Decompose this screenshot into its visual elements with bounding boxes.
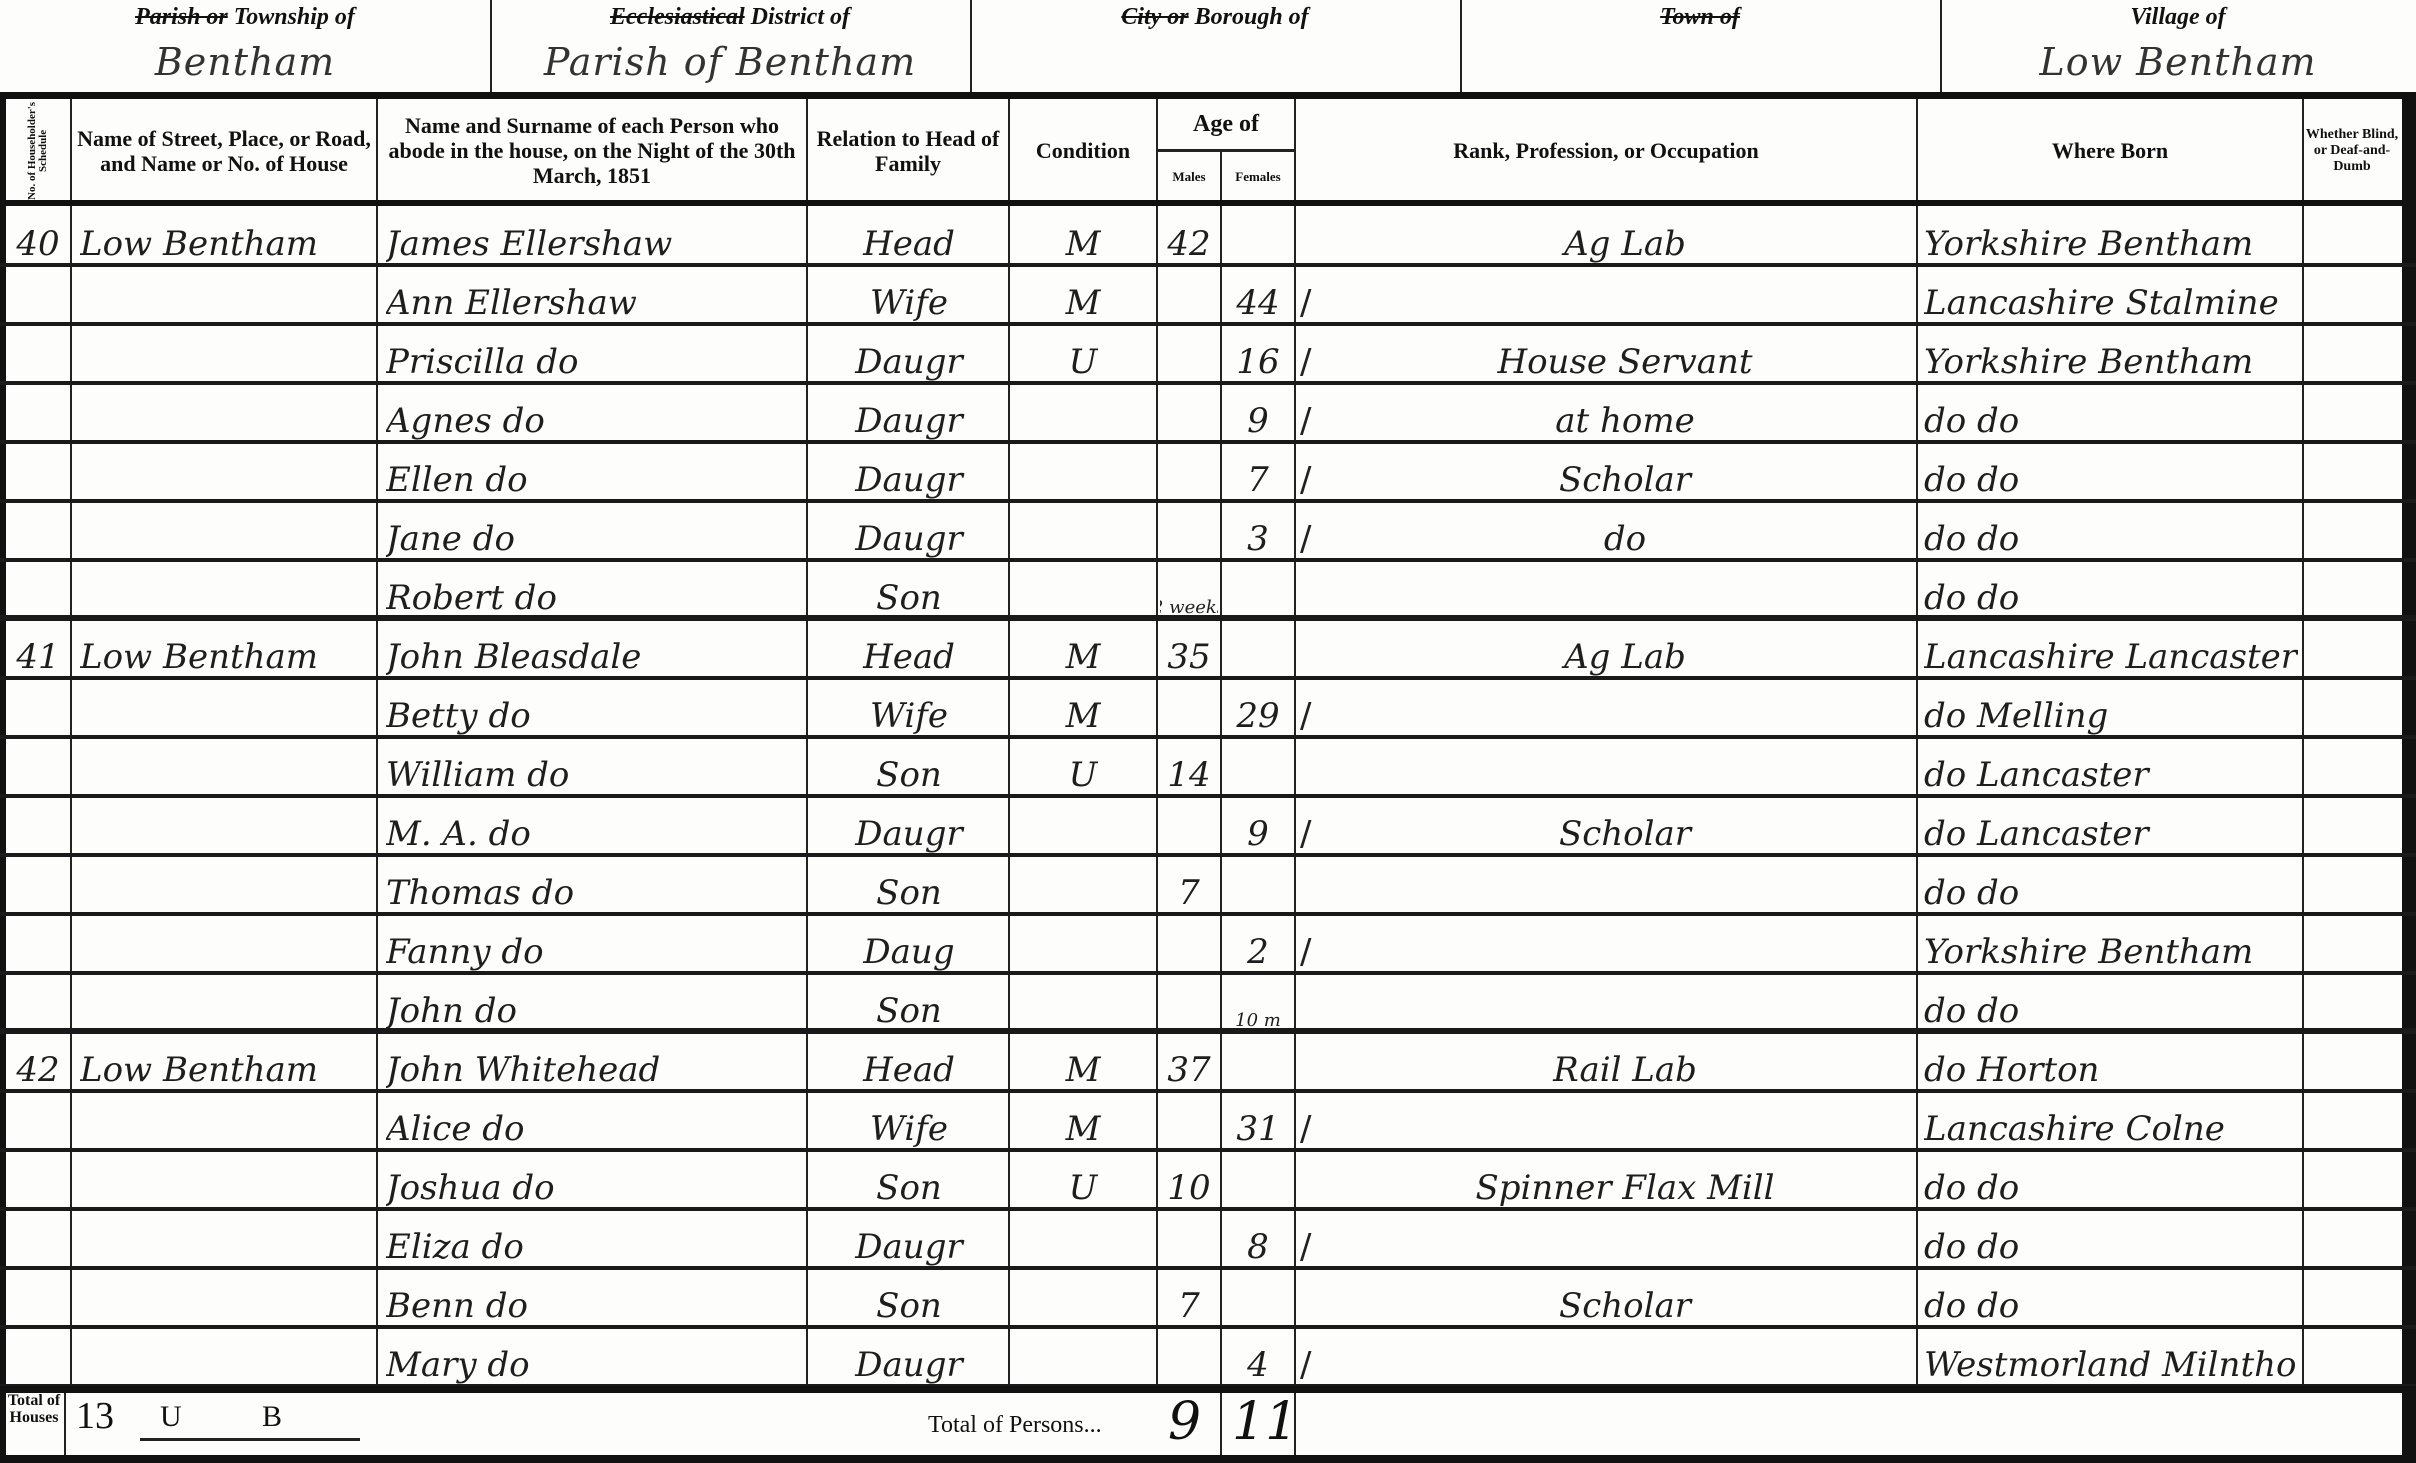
cell-born: do do bbox=[1924, 1211, 2298, 1273]
cell-schedule bbox=[8, 739, 68, 801]
cell-occupation bbox=[1340, 1329, 1910, 1391]
cell-tick: / bbox=[1300, 326, 1330, 388]
table-row: Benn doSon7Scholardo do bbox=[0, 1270, 2416, 1329]
header-females: Females bbox=[1222, 152, 1296, 202]
cell-females bbox=[1224, 1270, 1292, 1332]
cell-males bbox=[1160, 1329, 1218, 1391]
cell-tick bbox=[1300, 1034, 1330, 1096]
cell-females bbox=[1224, 1034, 1292, 1096]
cell-males bbox=[1160, 680, 1218, 742]
cell-males: 7 bbox=[1160, 857, 1218, 919]
table-row: John doSon10 mdo do bbox=[0, 975, 2416, 1034]
cell-females: 29 bbox=[1224, 680, 1292, 742]
cell-street bbox=[80, 857, 370, 919]
cell-schedule bbox=[8, 1093, 68, 1155]
cell-occupation bbox=[1340, 857, 1910, 919]
cell-condition bbox=[1016, 1270, 1150, 1332]
cell-males bbox=[1160, 1093, 1218, 1155]
cell-females bbox=[1224, 739, 1292, 801]
cell-name: Betty do bbox=[386, 680, 800, 742]
cell-born: do Melling bbox=[1924, 680, 2298, 742]
cell-street bbox=[80, 739, 370, 801]
table-row: Thomas doSon7do do bbox=[0, 857, 2416, 916]
cell-females: 2 bbox=[1224, 916, 1292, 978]
cell-relation: Daugr bbox=[816, 326, 1002, 388]
cell-males bbox=[1160, 503, 1218, 565]
cell-males bbox=[1160, 326, 1218, 388]
cell-name: Eliza do bbox=[386, 1211, 800, 1273]
cell-schedule bbox=[8, 503, 68, 565]
cell-condition: M bbox=[1016, 621, 1150, 683]
cell-born: Westmorland Milnthorpe bbox=[1924, 1329, 2298, 1391]
header-schedule: No. of Householder's Schedule bbox=[6, 99, 72, 202]
cell-born: Lancashire Stalmine bbox=[1924, 267, 2298, 329]
cell-schedule bbox=[8, 857, 68, 919]
table-row: William doSonU14do Lancaster bbox=[0, 739, 2416, 798]
cell-name: Mary do bbox=[386, 1329, 800, 1391]
header-occupation: Rank, Profession, or Occupation bbox=[1296, 99, 1918, 202]
table-row: Robert doSon2 weeksdo do bbox=[0, 562, 2416, 621]
cell-schedule bbox=[8, 916, 68, 978]
header-name: Name and Surname of each Person who abod… bbox=[378, 99, 808, 202]
cell-name: M. A. do bbox=[386, 798, 800, 860]
cell-schedule bbox=[8, 267, 68, 329]
total-houses-label: Total of Houses bbox=[6, 1392, 62, 1426]
cell-females: 31 bbox=[1224, 1093, 1292, 1155]
cell-males: 42 bbox=[1160, 208, 1218, 270]
cell-name: Benn do bbox=[386, 1270, 800, 1332]
cell-relation: Head bbox=[816, 1034, 1002, 1096]
cell-relation: Daugr bbox=[816, 503, 1002, 565]
cell-females bbox=[1224, 1152, 1292, 1214]
cell-occupation: Ag Lab bbox=[1340, 621, 1910, 683]
cell-name: John Bleasdale bbox=[386, 621, 800, 683]
cell-occupation: Scholar bbox=[1340, 798, 1910, 860]
cell-occupation: Rail Lab bbox=[1340, 1034, 1910, 1096]
cell-condition bbox=[1016, 385, 1150, 447]
parish-value: Bentham bbox=[0, 40, 490, 84]
cell-born: Lancashire Lancaster bbox=[1924, 621, 2298, 683]
cell-street bbox=[80, 503, 370, 565]
cell-females bbox=[1224, 857, 1292, 919]
cell-schedule bbox=[8, 798, 68, 860]
parish-cell: Parish or Township of Bentham bbox=[0, 0, 492, 92]
cell-schedule bbox=[8, 1270, 68, 1332]
cell-tick: / bbox=[1300, 798, 1330, 860]
total-persons-label: Total of Persons... bbox=[928, 1412, 1102, 1439]
cell-males bbox=[1160, 385, 1218, 447]
table-row: Ann EllershawWifeM44/Lancashire Stalmine bbox=[0, 267, 2416, 326]
ecclesiastical-value: Parish of Bentham bbox=[490, 40, 970, 84]
cell-name: Joshua do bbox=[386, 1152, 800, 1214]
cell-relation: Daugr bbox=[816, 1211, 1002, 1273]
cell-condition: M bbox=[1016, 1034, 1150, 1096]
cell-relation: Daugr bbox=[816, 1329, 1002, 1391]
cell-relation: Wife bbox=[816, 680, 1002, 742]
cell-tick bbox=[1300, 1152, 1330, 1214]
houses-underline bbox=[140, 1438, 360, 1441]
cell-tick bbox=[1300, 1270, 1330, 1332]
cell-relation: Daugr bbox=[816, 444, 1002, 506]
cell-schedule bbox=[8, 444, 68, 506]
cell-relation: Head bbox=[816, 621, 1002, 683]
cell-name: Thomas do bbox=[386, 857, 800, 919]
header-males: Males bbox=[1158, 152, 1222, 202]
cell-males bbox=[1160, 916, 1218, 978]
cell-schedule bbox=[8, 326, 68, 388]
cell-condition: M bbox=[1016, 1093, 1150, 1155]
cell-street bbox=[80, 916, 370, 978]
cell-occupation bbox=[1340, 680, 1910, 742]
cell-occupation bbox=[1340, 916, 1910, 978]
cell-born: Yorkshire Bentham bbox=[1924, 326, 2298, 388]
cell-relation: Daug bbox=[816, 916, 1002, 978]
cell-tick: / bbox=[1300, 1329, 1330, 1391]
cell-males: 35 bbox=[1160, 621, 1218, 683]
cell-born: do Lancaster bbox=[1924, 739, 2298, 801]
cell-schedule bbox=[8, 1211, 68, 1273]
header-blind-deaf: Whether Blind, or Deaf-and-Dumb bbox=[2304, 99, 2400, 202]
header-relation: Relation to Head of Family bbox=[808, 99, 1010, 202]
cell-males: 10 bbox=[1160, 1152, 1218, 1214]
table-row: Jane doDaugr3/dodo do bbox=[0, 503, 2416, 562]
totals-rule bbox=[0, 1386, 2416, 1393]
cell-condition: M bbox=[1016, 267, 1150, 329]
cell-schedule: 40 bbox=[8, 208, 68, 270]
cell-females bbox=[1224, 208, 1292, 270]
table-row: Alice doWifeM31/Lancashire Colne bbox=[0, 1093, 2416, 1152]
total-females: 11 bbox=[1232, 1392, 1298, 1452]
cell-relation: Head bbox=[816, 208, 1002, 270]
cell-occupation bbox=[1340, 267, 1910, 329]
cell-females: 7 bbox=[1224, 444, 1292, 506]
header-street: Name of Street, Place, or Road, and Name… bbox=[72, 99, 378, 202]
cell-relation: Wife bbox=[816, 267, 1002, 329]
cell-born: do do bbox=[1924, 444, 2298, 506]
cell-born: Yorkshire Bentham bbox=[1924, 916, 2298, 978]
table-row: Eliza doDaugr8/do do bbox=[0, 1211, 2416, 1270]
houses-uninhabited-label: U bbox=[160, 1400, 182, 1434]
cell-condition bbox=[1016, 503, 1150, 565]
cell-born: do Lancaster bbox=[1924, 798, 2298, 860]
cell-occupation: Ag Lab bbox=[1340, 208, 1910, 270]
cell-occupation bbox=[1340, 739, 1910, 801]
cell-schedule bbox=[8, 385, 68, 447]
cell-occupation: Scholar bbox=[1340, 444, 1910, 506]
cell-tick: / bbox=[1300, 267, 1330, 329]
cell-name: Ellen do bbox=[386, 444, 800, 506]
cell-occupation: Scholar bbox=[1340, 1270, 1910, 1332]
table-row: Fanny doDaug2/Yorkshire Bentham bbox=[0, 916, 2416, 975]
city-label: City or Borough of bbox=[970, 4, 1460, 31]
table-row: 41Low BenthamJohn BleasdaleHeadM35Ag Lab… bbox=[0, 621, 2416, 680]
cell-condition bbox=[1016, 857, 1150, 919]
ecclesiastical-cell: Ecclesiastical District of Parish of Ben… bbox=[490, 0, 972, 92]
table-row: Joshua doSonU10Spinner Flax Milldo do bbox=[0, 1152, 2416, 1211]
cell-relation: Wife bbox=[816, 1093, 1002, 1155]
cell-relation: Daugr bbox=[816, 798, 1002, 860]
cell-born: Yorkshire Bentham bbox=[1924, 208, 2298, 270]
houses-building-label: B bbox=[262, 1400, 282, 1434]
cell-males: 37 bbox=[1160, 1034, 1218, 1096]
table-row: Priscilla doDaugrU16/House ServantYorksh… bbox=[0, 326, 2416, 385]
cell-relation: Son bbox=[816, 1152, 1002, 1214]
cell-females: 3 bbox=[1224, 503, 1292, 565]
cell-males: 14 bbox=[1160, 739, 1218, 801]
cell-condition bbox=[1016, 1329, 1150, 1391]
header-born: Where Born bbox=[1918, 99, 2304, 202]
cell-name: Fanny do bbox=[386, 916, 800, 978]
total-males: 9 bbox=[1168, 1392, 1201, 1452]
cell-occupation bbox=[1340, 1211, 1910, 1273]
cell-occupation: do bbox=[1340, 503, 1910, 565]
cell-born: do Horton bbox=[1924, 1034, 2298, 1096]
cell-occupation: at home bbox=[1340, 385, 1910, 447]
cell-name: Jane do bbox=[386, 503, 800, 565]
cell-males bbox=[1160, 798, 1218, 860]
header-age: Age of bbox=[1158, 99, 1296, 152]
cell-relation: Son bbox=[816, 739, 1002, 801]
table-row: 42Low BenthamJohn WhiteheadHeadM37Rail L… bbox=[0, 1034, 2416, 1093]
cell-street bbox=[80, 680, 370, 742]
cell-born: do do bbox=[1924, 503, 2298, 565]
cell-street: Low Bentham bbox=[80, 208, 370, 270]
town-label: Town of bbox=[1460, 4, 1940, 31]
header-rule bbox=[0, 200, 2416, 206]
cell-street bbox=[80, 798, 370, 860]
cell-condition bbox=[1016, 444, 1150, 506]
cell-condition: U bbox=[1016, 739, 1150, 801]
cell-name: James Ellershaw bbox=[386, 208, 800, 270]
parish-label: Parish or Township of bbox=[0, 4, 490, 31]
cell-condition bbox=[1016, 798, 1150, 860]
table-row: 40Low BenthamJames EllershawHeadM42Ag La… bbox=[0, 208, 2416, 267]
cell-tick: / bbox=[1300, 444, 1330, 506]
cell-occupation bbox=[1340, 1093, 1910, 1155]
cell-born: do do bbox=[1924, 385, 2298, 447]
cell-relation: Son bbox=[816, 1270, 1002, 1332]
cell-name: Agnes do bbox=[386, 385, 800, 447]
cell-condition bbox=[1016, 1211, 1150, 1273]
cell-street bbox=[80, 1270, 370, 1332]
houses-inhabited: 13 bbox=[76, 1394, 114, 1438]
cell-tick bbox=[1300, 739, 1330, 801]
table-row: M. A. doDaugr9/Scholardo Lancaster bbox=[0, 798, 2416, 857]
cell-schedule: 41 bbox=[8, 621, 68, 683]
cell-tick: / bbox=[1300, 503, 1330, 565]
column-rule bbox=[64, 1393, 66, 1455]
cell-females bbox=[1224, 621, 1292, 683]
cell-condition: M bbox=[1016, 680, 1150, 742]
cell-condition: U bbox=[1016, 326, 1150, 388]
cell-condition: M bbox=[1016, 208, 1150, 270]
cell-name: Priscilla do bbox=[386, 326, 800, 388]
cell-males bbox=[1160, 267, 1218, 329]
cell-schedule: 42 bbox=[8, 1034, 68, 1096]
cell-females: 44 bbox=[1224, 267, 1292, 329]
cell-occupation: Spinner Flax Mill bbox=[1340, 1152, 1910, 1214]
village-label: Village of bbox=[1940, 4, 2416, 31]
cell-street bbox=[80, 1093, 370, 1155]
cell-males bbox=[1160, 444, 1218, 506]
cell-tick: / bbox=[1300, 385, 1330, 447]
cell-males bbox=[1160, 1211, 1218, 1273]
census-page: Parish or Township of Bentham Ecclesiast… bbox=[0, 0, 2416, 1463]
cell-relation: Daugr bbox=[816, 385, 1002, 447]
cell-relation: Son bbox=[816, 857, 1002, 919]
cell-name: John Whitehead bbox=[386, 1034, 800, 1096]
cell-tick: / bbox=[1300, 1093, 1330, 1155]
cell-condition: U bbox=[1016, 1152, 1150, 1214]
cell-females: 8 bbox=[1224, 1211, 1292, 1273]
bottom-rule bbox=[0, 1455, 2416, 1463]
locality-bar: Parish or Township of Bentham Ecclesiast… bbox=[0, 0, 2416, 99]
cell-born: do do bbox=[1924, 857, 2298, 919]
cell-males: 7 bbox=[1160, 1270, 1218, 1332]
cell-street bbox=[80, 267, 370, 329]
table-row: Agnes doDaugr9/at homedo do bbox=[0, 385, 2416, 444]
cell-condition bbox=[1016, 916, 1150, 978]
cell-street bbox=[80, 326, 370, 388]
cell-born: do do bbox=[1924, 1152, 2298, 1214]
table-row: Betty doWifeM29/do Melling bbox=[0, 680, 2416, 739]
table-row: Ellen doDaugr7/Scholardo do bbox=[0, 444, 2416, 503]
cell-name: Ann Ellershaw bbox=[386, 267, 800, 329]
village-cell: Village of Low Bentham bbox=[1940, 0, 2416, 92]
cell-tick: / bbox=[1300, 1211, 1330, 1273]
cell-tick bbox=[1300, 857, 1330, 919]
city-cell: City or Borough of bbox=[970, 0, 1462, 92]
cell-females: 4 bbox=[1224, 1329, 1292, 1391]
cell-street bbox=[80, 1329, 370, 1391]
cell-tick: / bbox=[1300, 916, 1330, 978]
cell-tick bbox=[1300, 621, 1330, 683]
town-cell: Town of bbox=[1460, 0, 1942, 92]
cell-street: Low Bentham bbox=[80, 1034, 370, 1096]
cell-females: 9 bbox=[1224, 798, 1292, 860]
cell-schedule bbox=[8, 1152, 68, 1214]
cell-females: 16 bbox=[1224, 326, 1292, 388]
cell-females: 9 bbox=[1224, 385, 1292, 447]
cell-street bbox=[80, 1211, 370, 1273]
cell-name: Alice do bbox=[386, 1093, 800, 1155]
cell-occupation: House Servant bbox=[1340, 326, 1910, 388]
village-value: Low Bentham bbox=[1940, 40, 2416, 84]
ecclesiastical-label: Ecclesiastical District of bbox=[490, 4, 970, 31]
cell-tick: / bbox=[1300, 680, 1330, 742]
cell-tick bbox=[1300, 208, 1330, 270]
cell-street bbox=[80, 385, 370, 447]
cell-name: William do bbox=[386, 739, 800, 801]
cell-schedule bbox=[8, 680, 68, 742]
header-condition: Condition bbox=[1010, 99, 1158, 202]
table-row: Mary doDaugr4/Westmorland Milnthorpe bbox=[0, 1329, 2416, 1388]
cell-street bbox=[80, 1152, 370, 1214]
cell-street bbox=[80, 444, 370, 506]
cell-schedule bbox=[8, 1329, 68, 1391]
cell-born: Lancashire Colne bbox=[1924, 1093, 2298, 1155]
cell-born: do do bbox=[1924, 1270, 2298, 1332]
cell-street: Low Bentham bbox=[80, 621, 370, 683]
